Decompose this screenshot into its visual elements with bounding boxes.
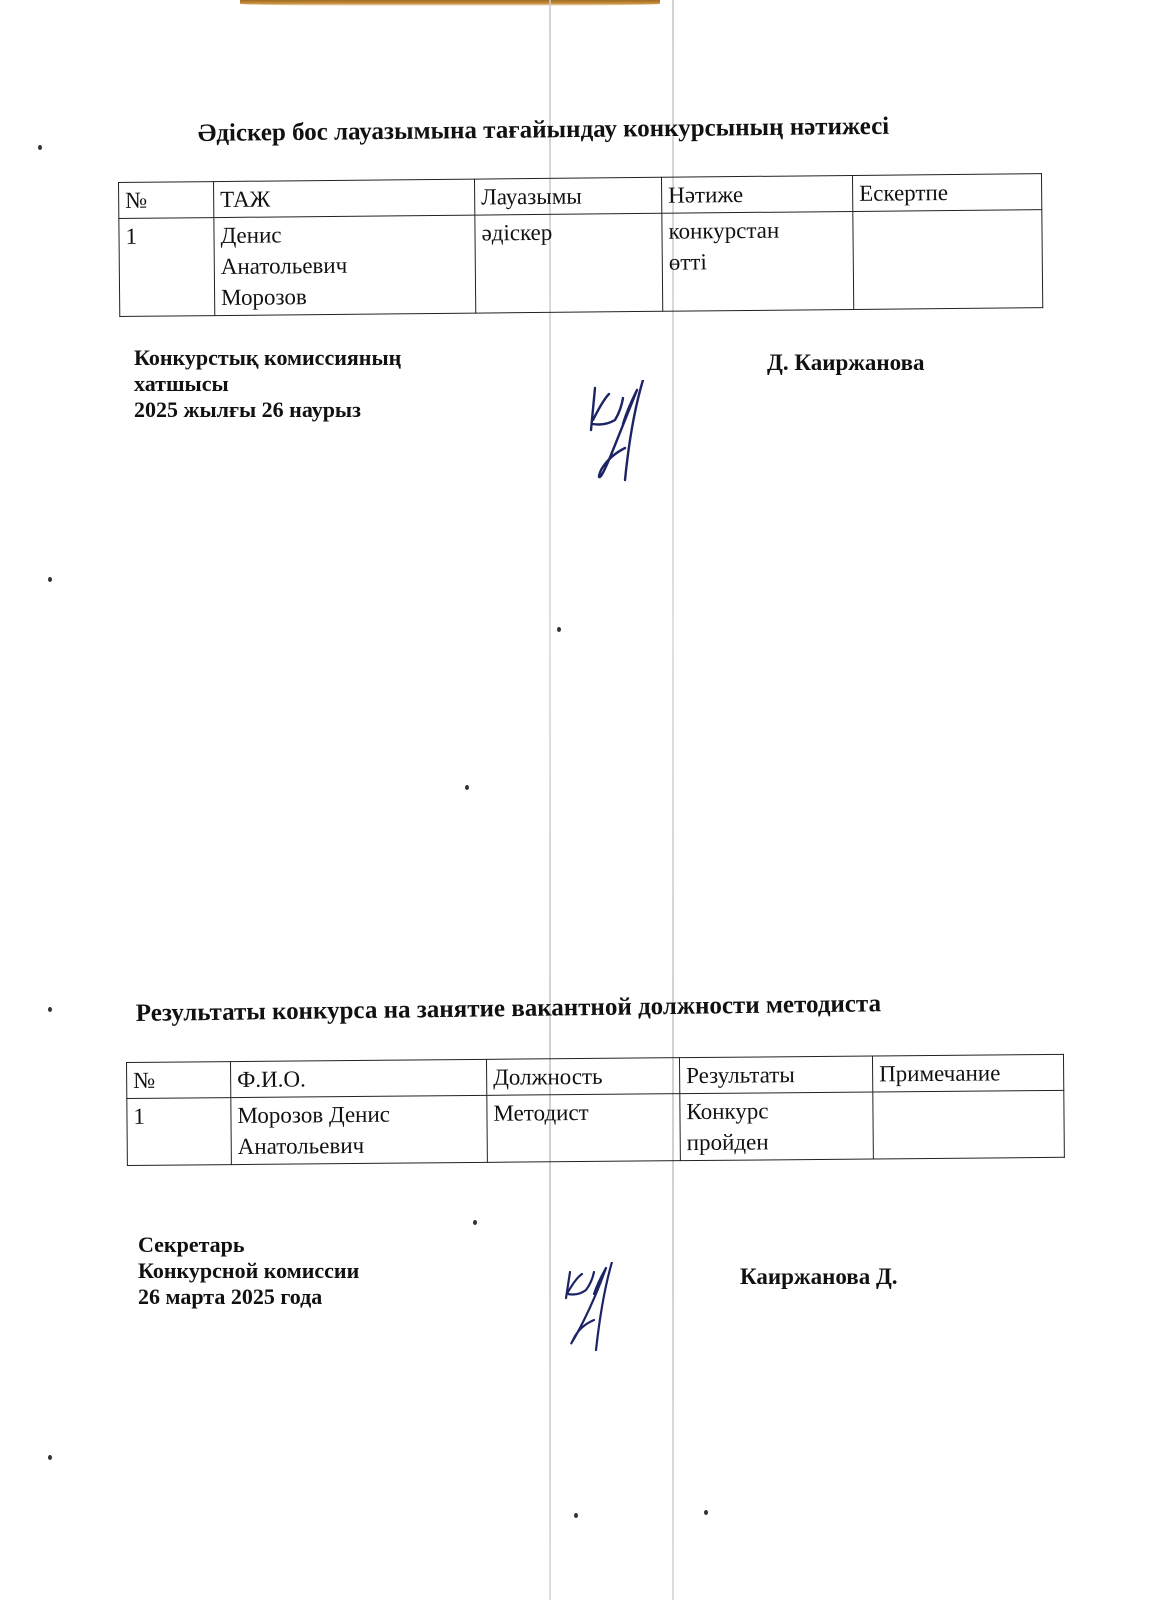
handwritten-signature-icon [562,1262,622,1352]
speck [473,1220,477,1225]
speck [48,1455,52,1460]
cell-result-text: конкурстан өтті [668,214,809,277]
speck [574,1513,578,1518]
kazakh-signatory-name: Д. Каиржанова [767,350,925,376]
cell-result: конкурстан өтті [662,211,854,311]
cell-full-name-text: Морозов Денис Анатольевич [237,1098,438,1162]
signatory-date: 26 марта 2025 года [138,1284,359,1310]
russian-results-table: № Ф.И.О. Должность Результаты Примечание… [126,1054,1065,1166]
cell-result: Конкурс пройден [680,1092,874,1161]
speck [38,145,42,150]
speck [704,1510,708,1515]
signatory-role-line2: Конкурсной комиссии [138,1258,359,1284]
kazakh-section-title: Әдіскер бос лауазымына тағайындау конкур… [198,113,890,148]
header-result: Результаты [679,1056,872,1094]
header-number: № [119,182,214,219]
signatory-role-line1: Секретарь [138,1232,359,1258]
header-position: Должность [486,1058,679,1096]
cell-full-name: Денис Анатольевич Морозов [214,215,476,316]
cell-result-text: Конкурс пройден [686,1095,807,1158]
speck [48,577,52,582]
signatory-role-line2: хатшысы [134,371,401,397]
paper-top-edge [240,0,660,6]
header-full-name: Ф.И.О. [231,1059,487,1097]
speck [48,1007,52,1012]
kazakh-results-table: № ТАЖ Лауазымы Нәтиже Ескертпе 1 Денис А… [118,173,1043,317]
table-row: 1 Морозов Денис Анатольевич Методист Кон… [127,1090,1065,1165]
header-number: № [127,1062,231,1099]
header-note: Ескертпе [852,174,1041,212]
speck [557,627,561,632]
header-position: Лауазымы [474,177,661,215]
russian-section-title: Результаты конкурса на занятие вакантной… [136,990,882,1028]
handwritten-signature-icon [585,380,655,490]
cell-number: 1 [127,1098,232,1166]
header-full-name: ТАЖ [214,179,475,218]
cell-full-name: Морозов Денис Анатольевич [231,1095,488,1164]
cell-note [853,210,1043,310]
cell-number: 1 [119,218,215,317]
signatory-date: 2025 жылғы 26 наурыз [134,397,401,423]
russian-signatory-name: Каиржанова Д. [740,1264,898,1290]
signatory-role-line1: Конкурстық комиссияның [134,345,401,371]
kazakh-signatory-block: Конкурстық комиссияның хатшысы 2025 жылғ… [134,345,401,423]
speck [465,785,469,790]
header-result: Нәтиже [661,175,852,213]
cell-note [873,1090,1065,1159]
cell-position: әдіскер [475,213,663,313]
table-row: 1 Денис Анатольевич Морозов әдіскер конк… [119,210,1043,317]
cell-position: Методист [487,1094,681,1163]
russian-signatory-block: Секретарь Конкурсной комиссии 26 марта 2… [138,1232,359,1310]
header-note: Примечание [872,1054,1063,1092]
cell-full-name-text: Денис Анатольевич Морозов [220,218,391,313]
